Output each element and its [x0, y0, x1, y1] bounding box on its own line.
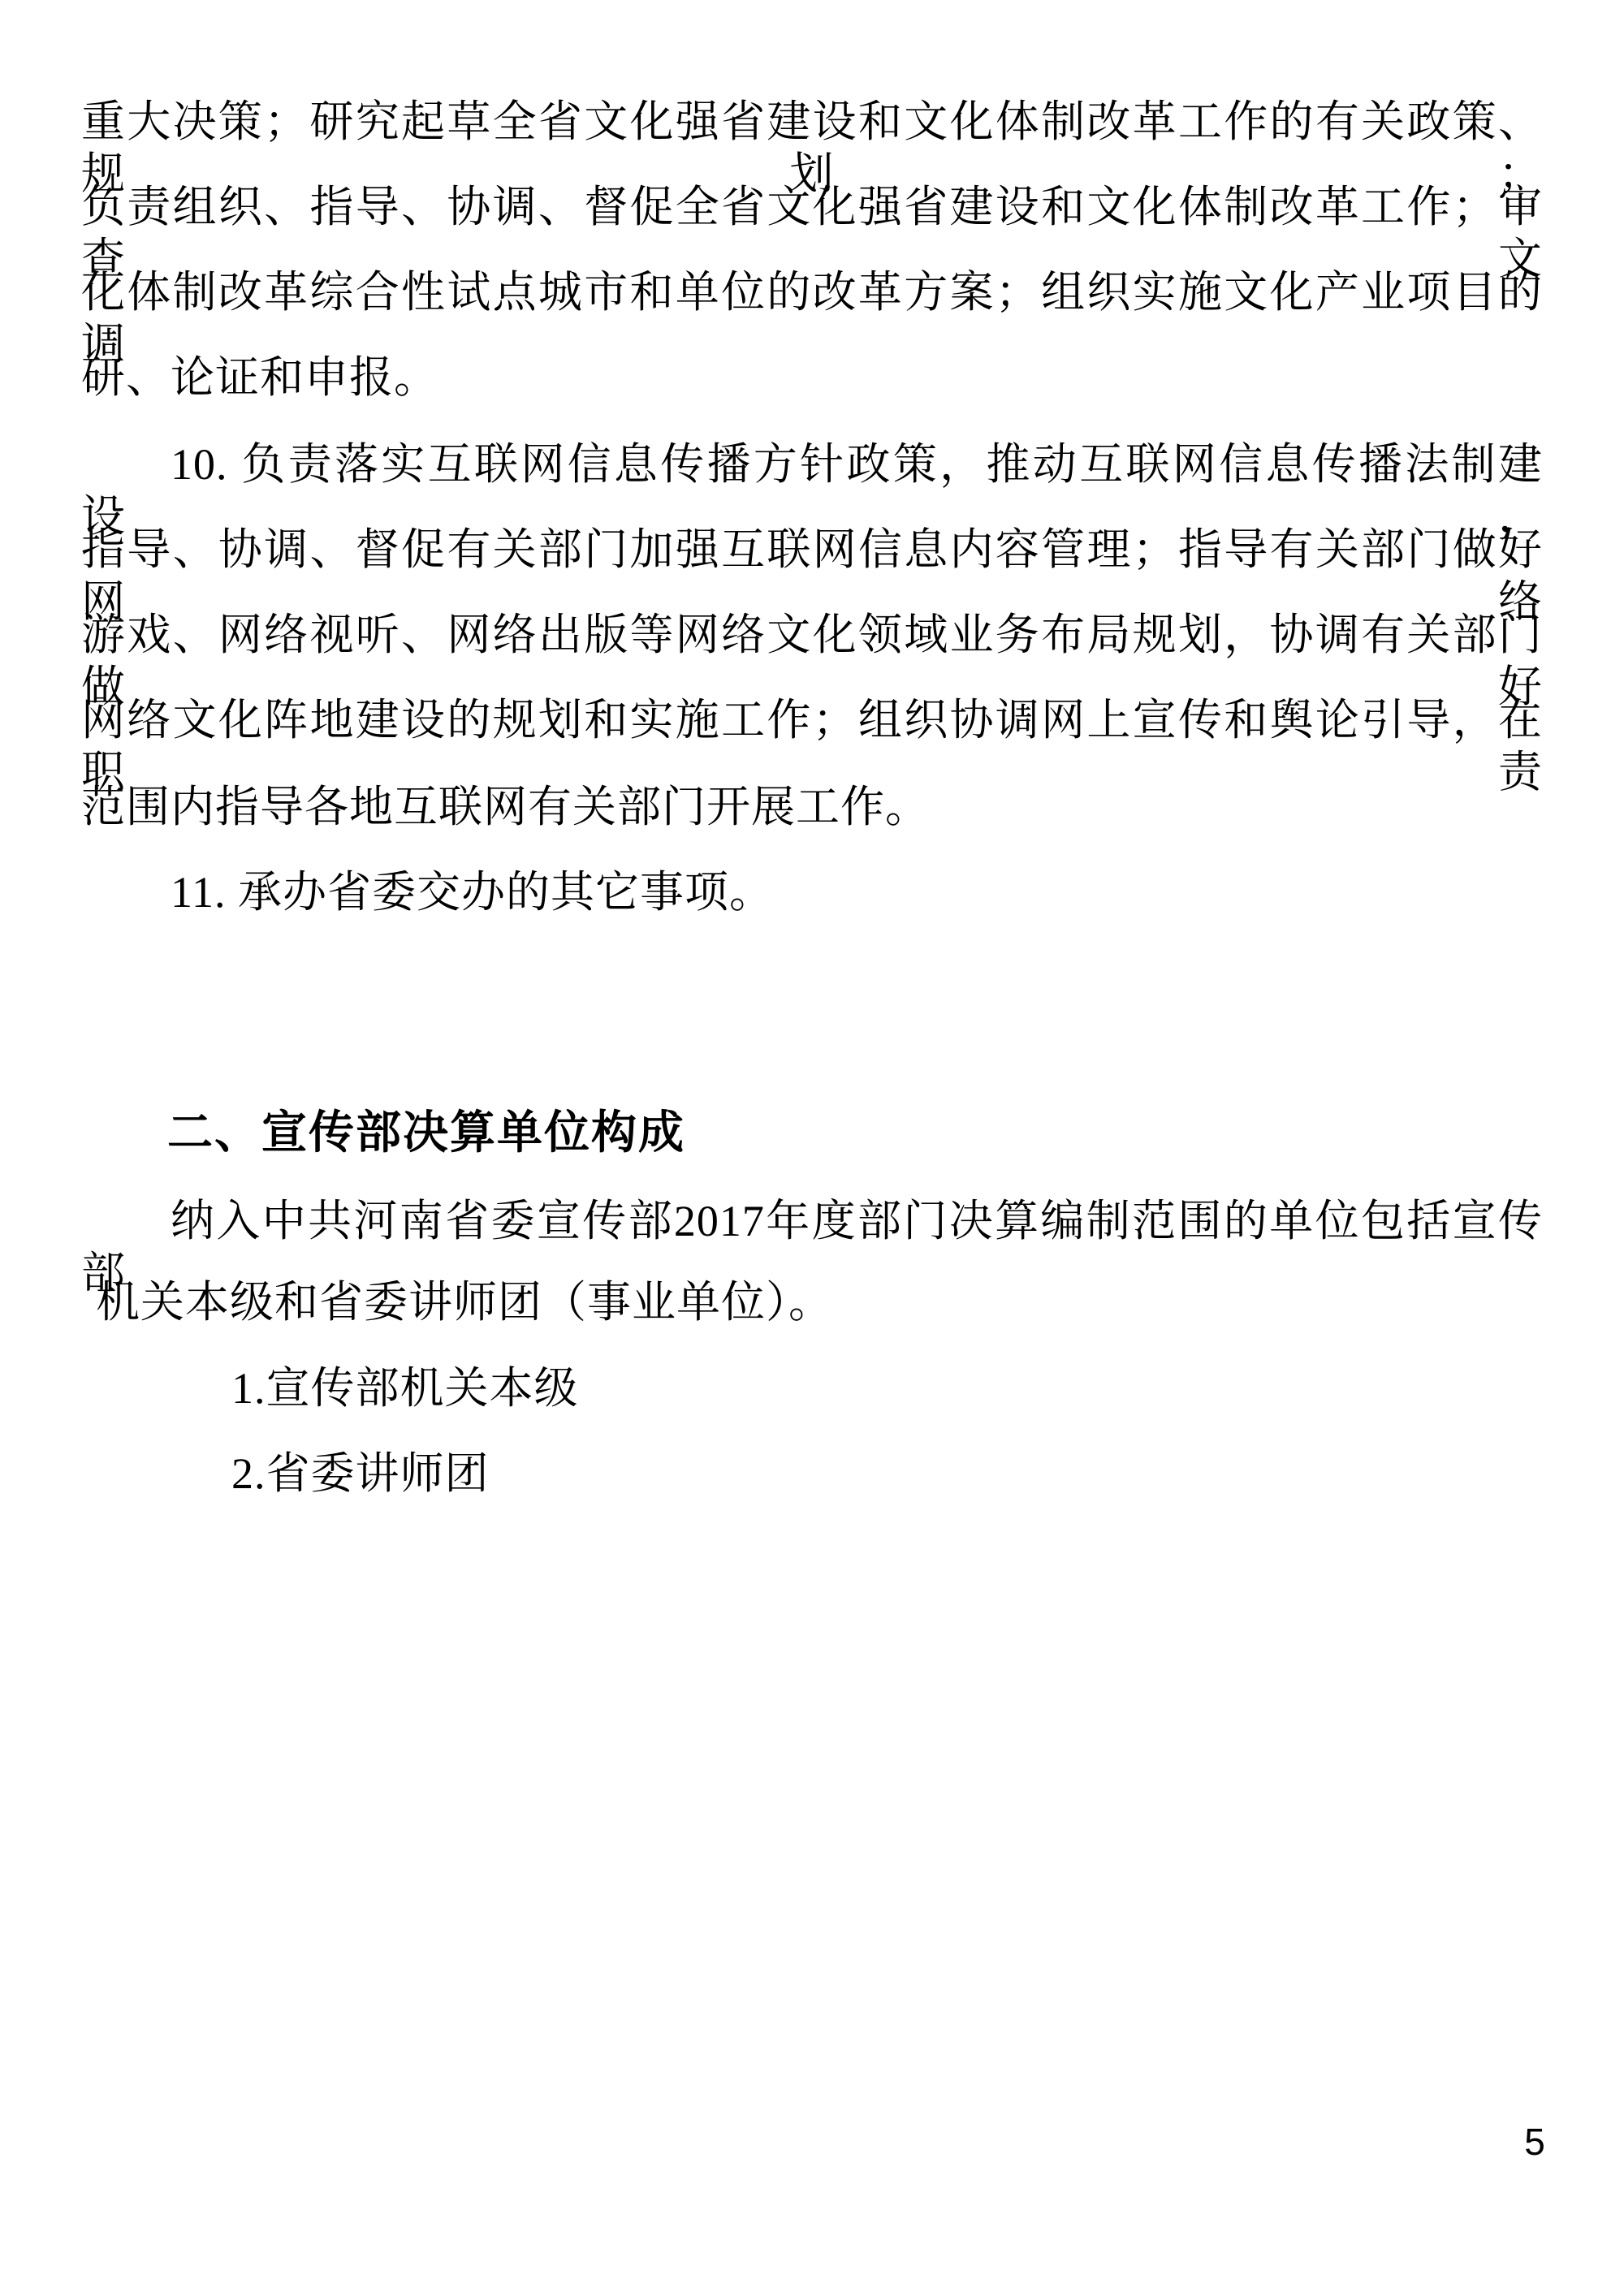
page-number: 5 — [1509, 2121, 1561, 2163]
document-page: 重大决策；研究起草全省文化强省建设和文化体制改革工作的有关政策、规划； 负责组织… — [0, 0, 1624, 2296]
body-line: 11. 承办省委交办的其它事项。 — [81, 866, 1543, 918]
section-heading: 二、宣传部决算单位构成 — [81, 1106, 1543, 1159]
body-line: 研、论证和申报。 — [81, 352, 1543, 404]
list-item: 1.宣传部机关本级 — [81, 1362, 1543, 1414]
body-line: 机关本级和省委讲师团（事业单位）。 — [81, 1276, 1543, 1328]
list-item: 2.省委讲师团 — [81, 1448, 1543, 1500]
body-line: 范围内指导各地互联网有关部门开展工作。 — [81, 781, 1543, 833]
